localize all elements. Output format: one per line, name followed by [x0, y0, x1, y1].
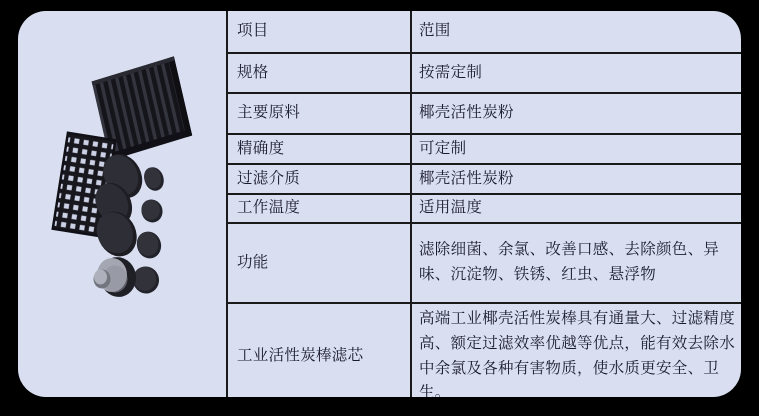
spec-row-value: 按需定制: [410, 52, 741, 92]
spec-table: 项目 范围 规格 按需定制 主要原料 椰壳活性炭粉 精确度 可定制 过滤介质 椰…: [226, 11, 741, 397]
spec-row-value: 椰壳活性炭粉: [410, 92, 741, 133]
spec-row-label: 项目: [226, 11, 410, 52]
spec-row-label: 工业活性炭棒滤芯: [226, 302, 410, 397]
spec-row-label: 规格: [226, 52, 410, 92]
spec-row-value: 可定制: [410, 133, 741, 163]
spec-row-label: 工作温度: [226, 193, 410, 222]
product-photo: [18, 11, 226, 397]
spec-row-label: 精确度: [226, 133, 410, 163]
spec-row-label: 过滤介质: [226, 163, 410, 193]
product-photo-graphic: [18, 11, 226, 397]
spec-row-value: 范围: [410, 11, 741, 52]
gray-capped-carbon-disc: [94, 254, 140, 301]
spec-row-value: 适用温度: [410, 193, 741, 222]
spec-row-label: 功能: [226, 222, 410, 302]
spec-row-value: 滤除细菌、余氯、改善口感、去除颜色、异味、沉淀物、铁锈、红虫、悬浮物: [410, 222, 741, 302]
product-spec-card: 项目 范围 规格 按需定制 主要原料 椰壳活性炭粉 精确度 可定制 过滤介质 椰…: [18, 11, 741, 397]
spec-row-label: 主要原料: [226, 92, 410, 133]
page: { "window": { "background_color": "#0000…: [0, 0, 759, 416]
spec-row-value: 高端工业椰壳活性炭棒具有通量大、过滤精度高、额定过滤效率优越等优点，能有效去除水…: [410, 302, 741, 397]
spec-row-value: 椰壳活性炭粉: [410, 163, 741, 193]
